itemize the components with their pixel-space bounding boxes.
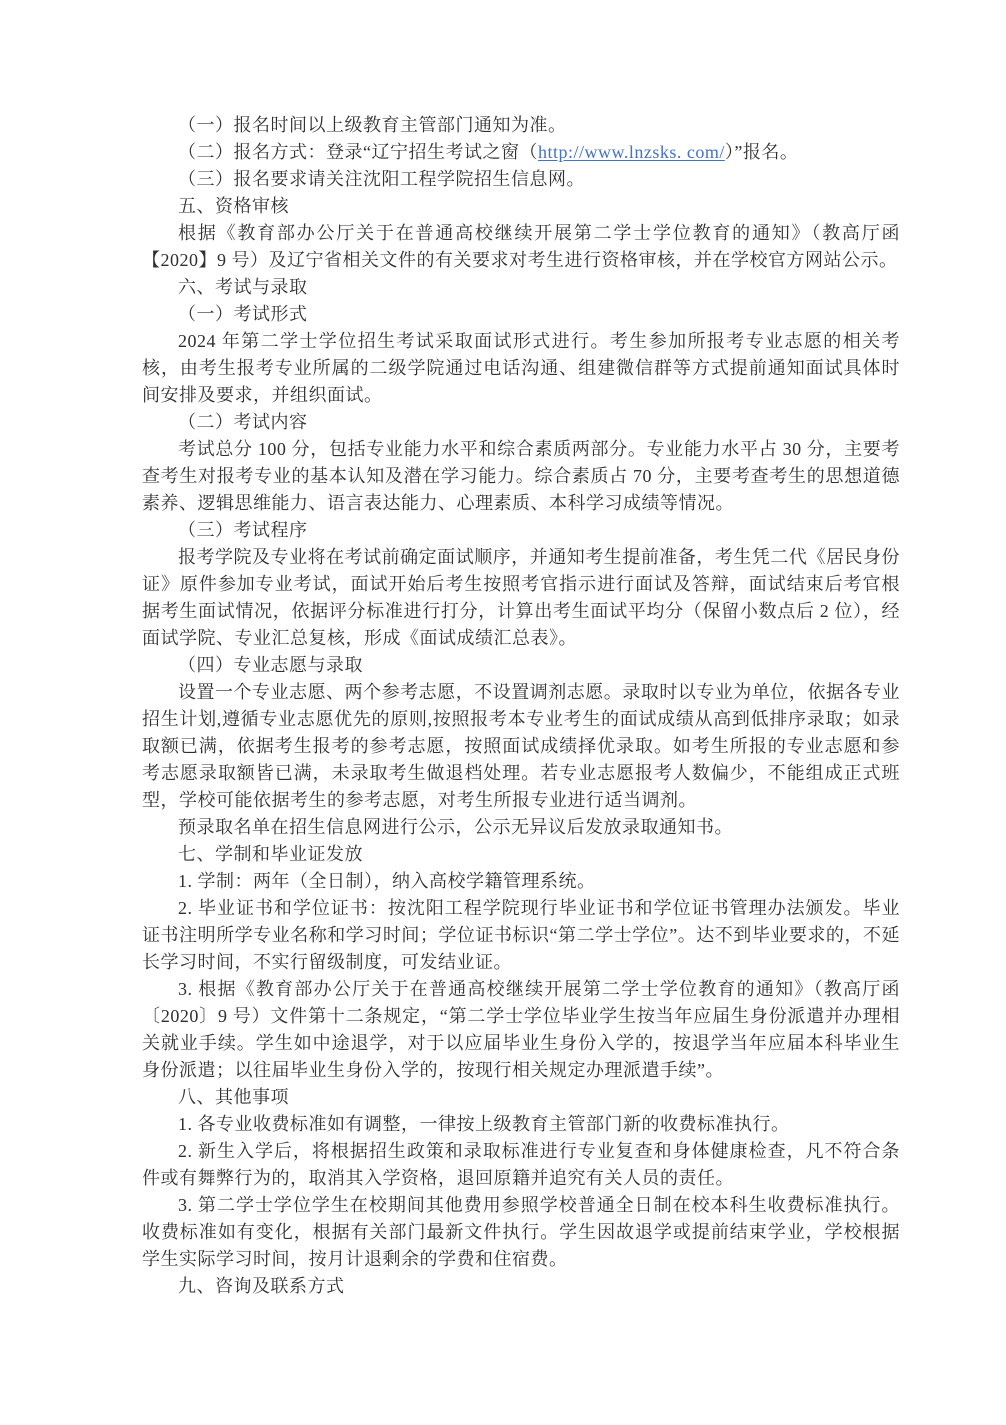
para-exam-form: 2024 年第二学士学位招生考试采取面试形式进行。考生参加所报考专业志愿的相关考… — [142, 328, 900, 409]
subheading-exam-content: （二）考试内容 — [142, 409, 900, 436]
subheading-major-preference-admission: （四）专业志愿与录取 — [142, 652, 900, 679]
item-registration-time: （一）报名时间以上级教育主管部门通知为准。 — [142, 112, 900, 139]
heading-section-6-exam-admission: 六、考试与录取 — [142, 274, 900, 301]
item-registration-method: （二）报名方式：登录“辽宁招生考试之窗（http://www.lnzsks. c… — [142, 139, 900, 166]
para-dispatch-policy: 3. 根据《教育部办公厅关于在普通高校继续开展第二学士学位教育的通知》（教高厅函… — [142, 976, 900, 1084]
subheading-exam-form: （一）考试形式 — [142, 301, 900, 328]
item-registration-requirement: （三）报名要求请关注沈阳工程学院招生信息网。 — [142, 166, 900, 193]
paragraph-text-before-link: （二）报名方式：登录“辽宁招生考试之窗（ — [178, 142, 538, 162]
para-other-fees: 3. 第二学士学位学生在校期间其他费用参照学校普通全日制在校本科生收费标准执行。… — [142, 1192, 900, 1273]
para-admission-recheck: 2. 新生入学后，将根据招生政策和录取标准进行专业复查和身体健康检查，凡不符合条… — [142, 1138, 900, 1192]
lnzsks-website-link[interactable]: http://www.lnzsks. com/ — [538, 142, 725, 162]
heading-section-9-contact: 九、咨询及联系方式 — [142, 1273, 900, 1300]
heading-section-5-qualification-review: 五、资格审核 — [142, 193, 900, 220]
para-qualification-review: 根据《教育部办公厅关于在普通高校继续开展第二学士学位教育的通知》（教高厅函【20… — [142, 220, 900, 274]
paragraph-text-after-link: ）”报名。 — [725, 142, 799, 162]
para-schooling: 1. 学制：两年（全日制），纳入高校学籍管理系统。 — [142, 868, 900, 895]
para-exam-content: 考试总分 100 分，包括专业能力水平和综合素质两部分。专业能力水平占 30 分… — [142, 436, 900, 517]
heading-section-8-other-matters: 八、其他事项 — [142, 1084, 900, 1111]
subheading-exam-procedure: （三）考试程序 — [142, 517, 900, 544]
heading-section-7-schooling-diploma: 七、学制和毕业证发放 — [142, 841, 900, 868]
para-major-preference-admission: 设置一个专业志愿、两个参考志愿，不设置调剂志愿。录取时以专业为单位，依据各专业招… — [142, 679, 900, 814]
document-page: （一）报名时间以上级教育主管部门通知为准。 （二）报名方式：登录“辽宁招生考试之… — [0, 0, 1006, 1300]
para-exam-procedure: 报考学院及专业将在考试前确定面试顺序，并通知考生提前准备，考生凭二代《居民身份证… — [142, 544, 900, 652]
para-pre-admission-publicity: 预录取名单在招生信息网进行公示，公示无异议后发放录取通知书。 — [142, 814, 900, 841]
para-fee-adjustment: 1. 各专业收费标准如有调整，一律按上级教育主管部门新的收费标准执行。 — [142, 1111, 900, 1138]
para-diploma-degree: 2. 毕业证书和学位证书：按沈阳工程学院现行毕业证书和学位证书管理办法颁发。毕业… — [142, 895, 900, 976]
document-body: { "page": { "background_color": "#ffffff… — [0, 0, 1006, 1425]
